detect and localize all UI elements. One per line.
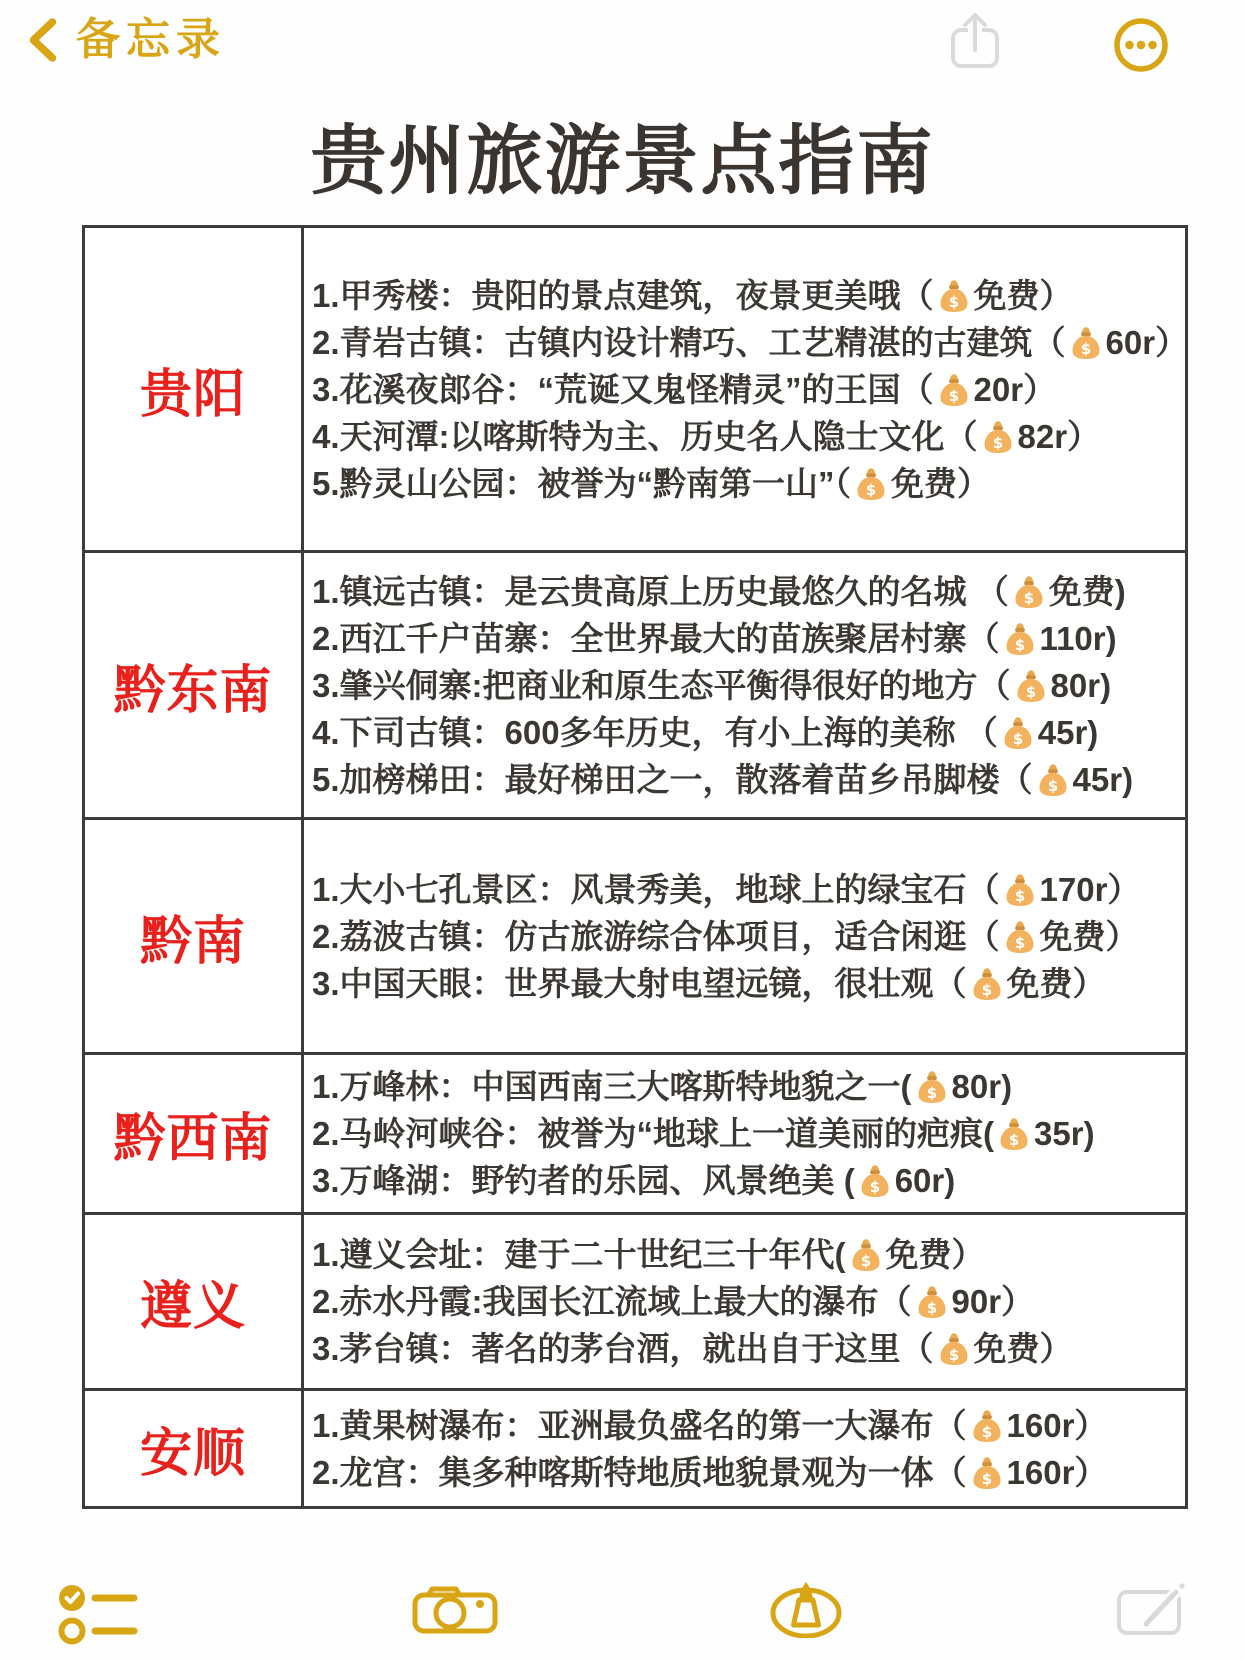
items-cell: 1.甲秀楼：贵阳的景点建筑，夜景更美哦（免费） 2.青岩古镇：古镇内设计精巧、工… [304,228,1185,550]
region-cell: 安顺 [85,1391,304,1506]
money-bag-icon [970,1409,1004,1443]
region-cell: 贵阳 [85,228,304,550]
money-bag-icon [1014,669,1048,703]
money-bag-icon [1003,873,1037,907]
region-label: 贵阳 [140,352,246,427]
money-bag-icon [854,467,888,501]
attraction-item: 4.天河潭:以喀斯特为主、历史名人隐士文化（82r） [312,413,1185,460]
table-row: 黔南 1.大小七孔景区：风景秀美，地球上的绿宝石（170r） 2.荔波古镇：仿古… [85,817,1185,1052]
table-row: 遵义 1.遵义会址：建于二十世纪三十年代(免费） 2.赤水丹霞:我国长江流域上最… [85,1212,1185,1388]
back-button[interactable]: 备忘录 [24,12,226,68]
items-cell: 1.遵义会址：建于二十世纪三十年代(免费） 2.赤水丹霞:我国长江流域上最大的瀑… [304,1215,1185,1388]
money-bag-icon [1001,716,1035,750]
attraction-item: 3.花溪夜郎谷：“荒诞又鬼怪精灵”的王国（20r） [312,366,1185,413]
items-cell: 1.镇远古镇：是云贵高原上历史最悠久的名城 （免费) 2.西江千户苗寨：全世界最… [304,553,1185,817]
table-row: 贵阳 1.甲秀楼：贵阳的景点建筑，夜景更美哦（免费） 2.青岩古镇：古镇内设计精… [85,228,1185,550]
table-row: 黔东南 1.镇远古镇：是云贵高原上历史最悠久的名城 （免费) 2.西江千户苗寨：… [85,550,1185,817]
attractions-table: 贵阳 1.甲秀楼：贵阳的景点建筑，夜景更美哦（免费） 2.青岩古镇：古镇内设计精… [82,225,1188,1509]
attraction-item: 2.青岩古镇：古镇内设计精巧、工艺精湛的古建筑（60r） [312,319,1185,366]
money-bag-icon [1003,622,1037,656]
region-label: 遵义 [140,1264,246,1339]
money-bag-icon [1003,920,1037,954]
money-bag-icon [970,967,1004,1001]
attraction-item: 1.黄果树瀑布：亚洲最负盛名的第一大瀑布（160r） [312,1402,1185,1449]
markup-button[interactable] [768,1578,844,1638]
money-bag-icon [1036,763,1070,797]
money-bag-icon [849,1238,883,1272]
checklist-button[interactable] [58,1584,138,1646]
attraction-item: 2.赤水丹霞:我国长江流域上最大的瀑布（90r） [312,1278,1185,1325]
checklist-icon [58,1584,138,1646]
region-cell: 黔西南 [85,1055,304,1212]
region-label: 黔南 [140,899,246,974]
markup-pen-icon [768,1578,844,1638]
attraction-item: 1.万峰林：中国西南三大喀斯特地貌之一(80r) [312,1063,1185,1110]
region-label: 安顺 [140,1411,246,1486]
region-label: 黔西南 [113,1096,272,1171]
region-cell: 黔南 [85,820,304,1052]
attraction-item: 2.马岭河峡谷：被誉为“地球上一道美丽的疤痕(35r) [312,1110,1185,1157]
camera-button[interactable] [412,1586,498,1634]
items-cell: 1.万峰林：中国西南三大喀斯特地貌之一(80r) 2.马岭河峡谷：被誉为“地球上… [304,1055,1185,1212]
share-button[interactable] [944,10,1006,70]
region-cell: 遵义 [85,1215,304,1388]
money-bag-icon [937,373,971,407]
attraction-item: 3.肇兴侗寨:把商业和原生态平衡得很好的地方（80r) [312,662,1185,709]
compose-button[interactable] [1116,1582,1186,1636]
table-row: 安顺 1.黄果树瀑布：亚洲最负盛名的第一大瀑布（160r） 2.龙宫：集多种喀斯… [85,1388,1185,1506]
money-bag-icon [915,1285,949,1319]
region-cell: 黔东南 [85,553,304,817]
items-cell: 1.大小七孔景区：风景秀美，地球上的绿宝石（170r） 2.荔波古镇：仿古旅游综… [304,820,1185,1052]
money-bag-icon [858,1164,892,1198]
more-button[interactable] [1112,16,1170,74]
camera-icon [412,1586,498,1634]
attraction-item: 1.遵义会址：建于二十世纪三十年代(免费） [312,1231,1185,1278]
share-icon [944,10,1006,70]
attraction-item: 1.甲秀楼：贵阳的景点建筑，夜景更美哦（免费） [312,272,1185,319]
page-title: 贵州旅游景点指南 [0,100,1245,209]
money-bag-icon [937,1332,971,1366]
attraction-item: 2.西江千户苗寨：全世界最大的苗族聚居村寨（110r) [312,615,1185,662]
money-bag-icon [997,1117,1031,1151]
items-cell: 1.黄果树瀑布：亚洲最负盛名的第一大瀑布（160r） 2.龙宫：集多种喀斯特地质… [304,1391,1185,1506]
attraction-item: 3.中国天眼：世界最大射电望远镜，很壮观（免费） [312,960,1185,1007]
attraction-item: 3.茅台镇：著名的茅台酒，就出自于这里（免费） [312,1325,1185,1372]
more-ellipsis-icon [1112,16,1170,74]
attraction-item: 2.荔波古镇：仿古旅游综合体项目，适合闲逛（免费） [312,913,1185,960]
table-row: 黔西南 1.万峰林：中国西南三大喀斯特地貌之一(80r) 2.马岭河峡谷：被誉为… [85,1052,1185,1212]
compose-icon [1116,1582,1186,1636]
notes-app-screen: { "nav": { "back_label": "备忘录" }, "page_… [0,0,1245,1660]
money-bag-icon [1069,326,1103,360]
back-chevron-icon [24,16,60,64]
money-bag-icon [1012,575,1046,609]
region-label: 黔东南 [113,648,272,723]
attraction-item: 2.龙宫：集多种喀斯特地质地貌景观为一体（160r） [312,1449,1185,1496]
attraction-item: 5.加榜梯田：最好梯田之一，散落着苗乡吊脚楼（45r) [312,756,1185,803]
attraction-item: 4.下司古镇：600多年历史，有小上海的美称 （45r) [312,709,1185,756]
attraction-item: 1.大小七孔景区：风景秀美，地球上的绿宝石（170r） [312,866,1185,913]
money-bag-icon [937,279,971,313]
money-bag-icon [981,420,1015,454]
attraction-item: 5.黔灵山公园：被誉为“黔南第一山”（免费） [312,460,1185,507]
attraction-item: 1.镇远古镇：是云贵高原上历史最悠久的名城 （免费) [312,568,1185,615]
attraction-item: 3.万峰湖：野钓者的乐园、风景绝美 (60r) [312,1157,1185,1204]
money-bag-icon [970,1456,1004,1490]
money-bag-icon [915,1070,949,1104]
back-label: 备忘录 [76,16,226,64]
